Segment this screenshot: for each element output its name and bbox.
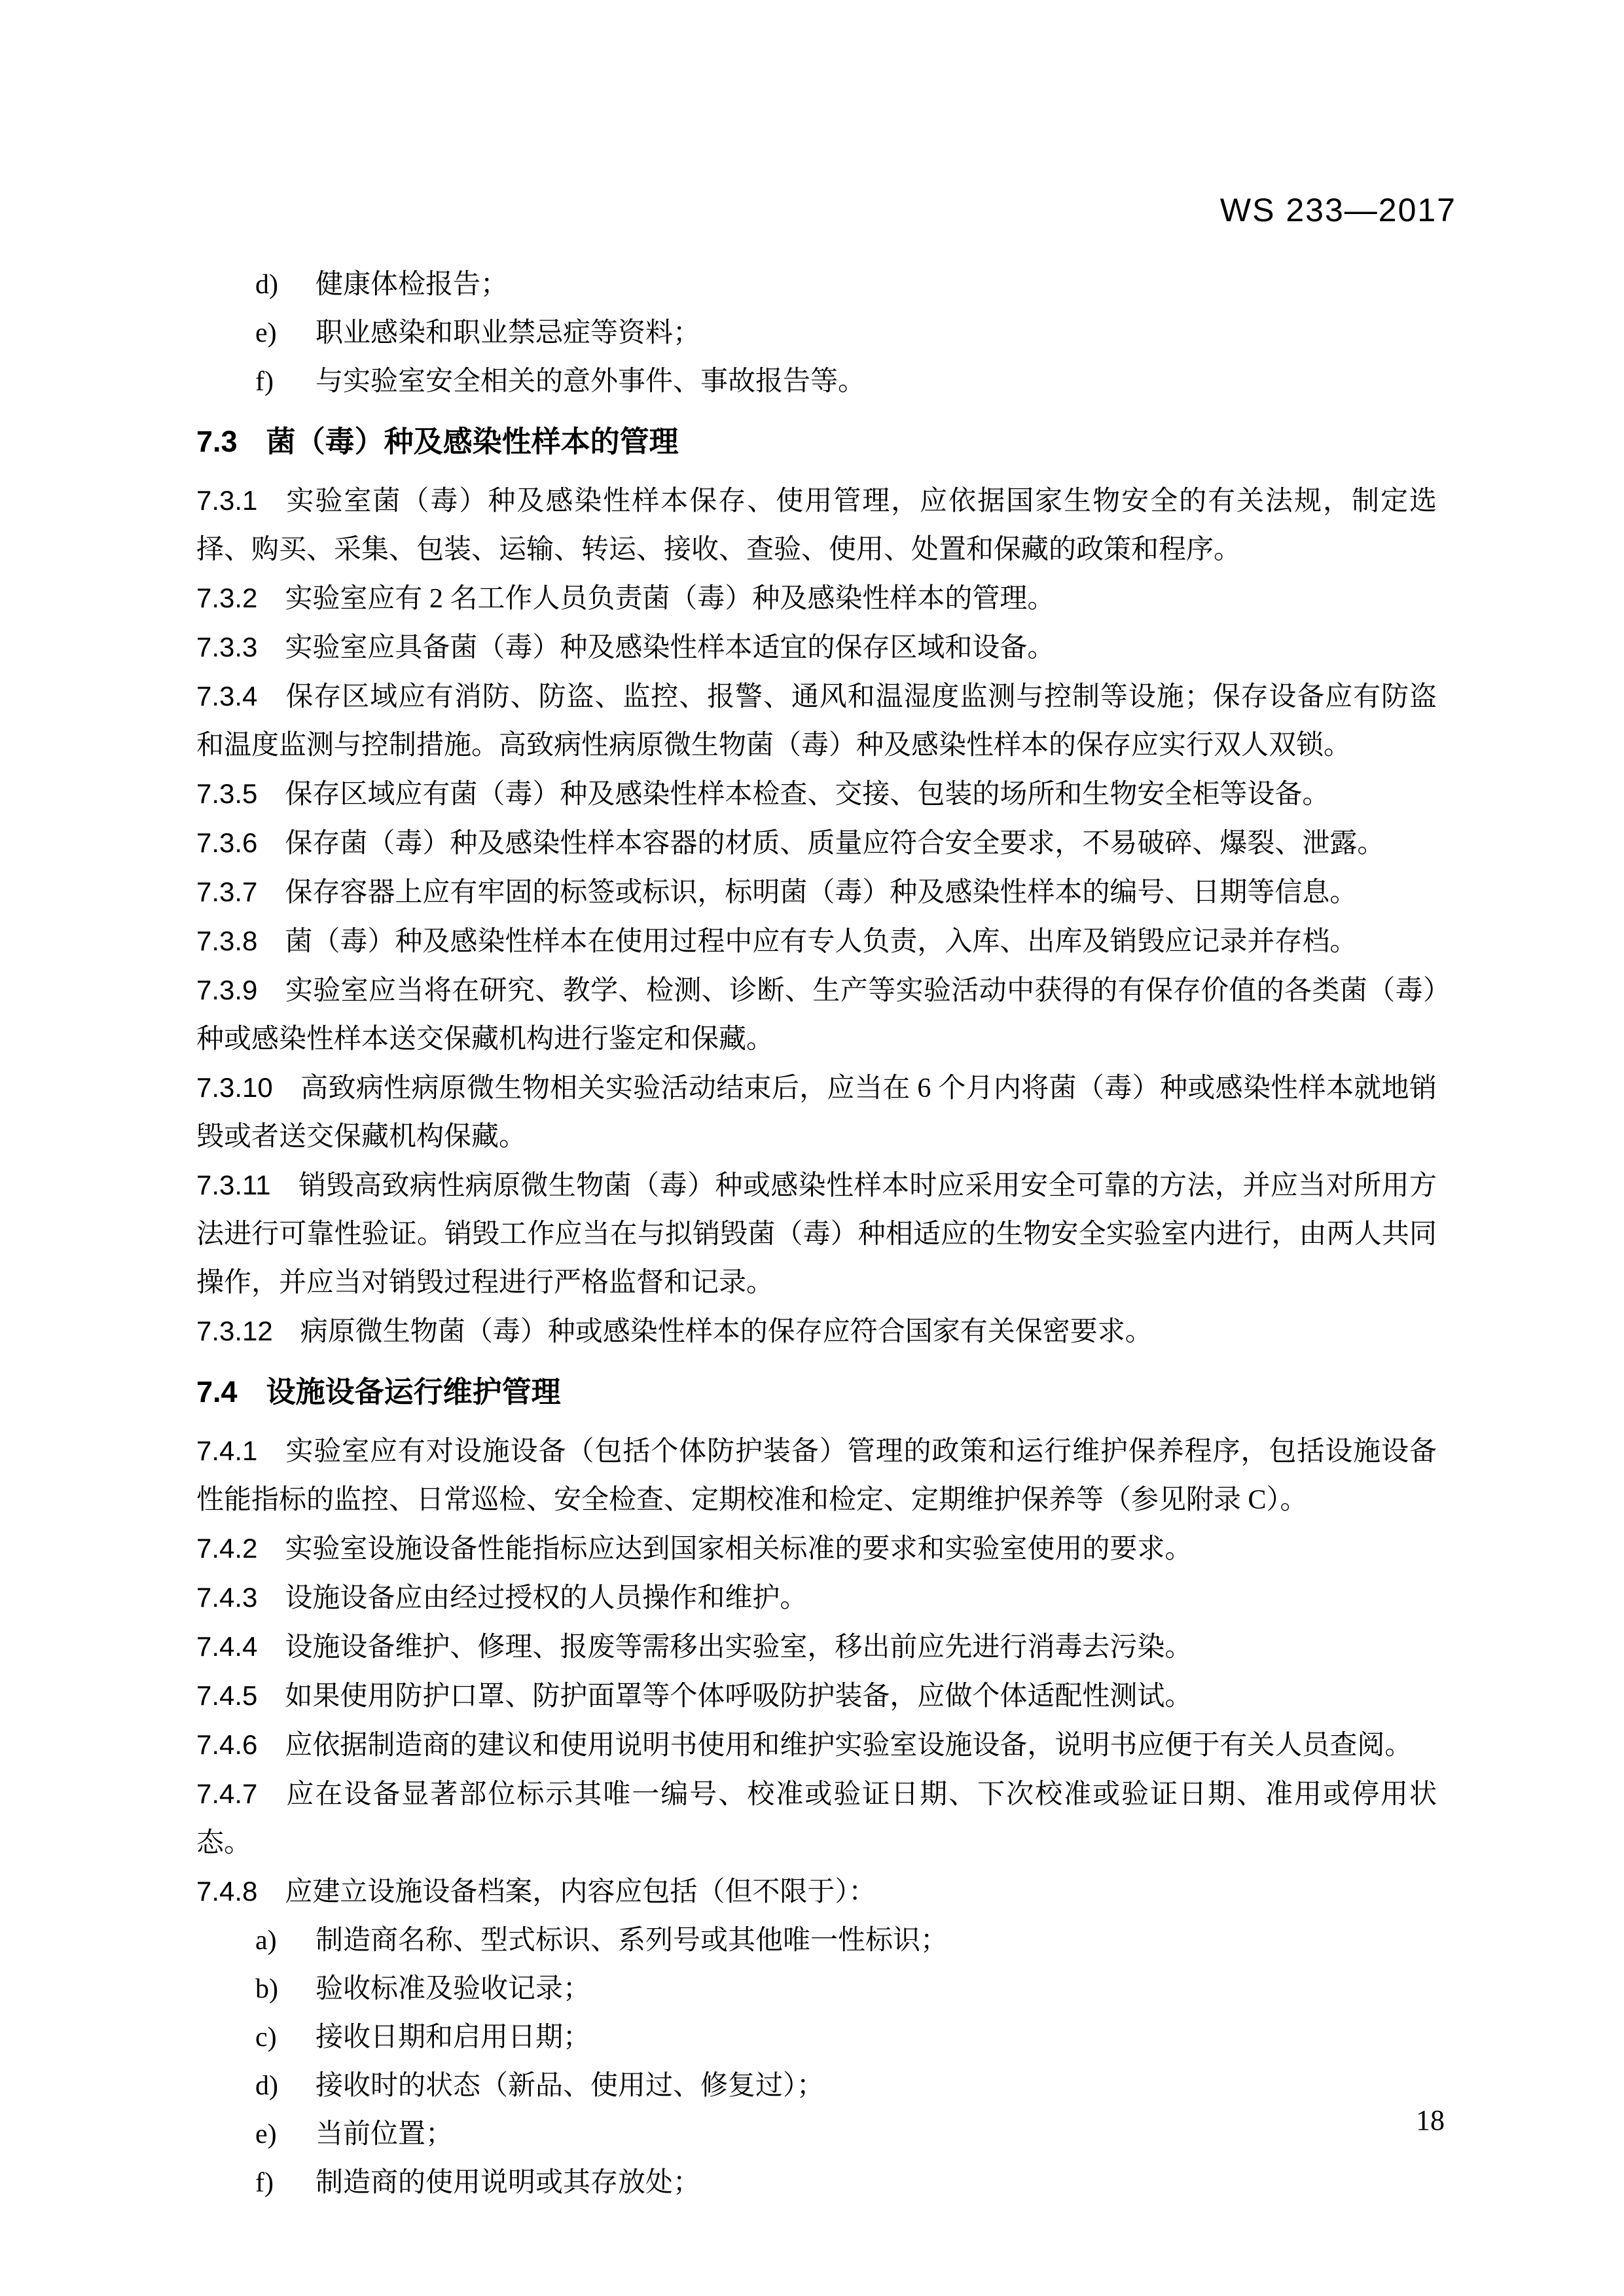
list-item-d2: d)接收时的状态（新品、使用过、修复过）； (255, 2062, 1437, 2110)
clause-number: 7.4.7 (196, 1778, 257, 1809)
clause-number: 7.4.5 (196, 1680, 257, 1711)
clause-7-4-4: 7.4.4设施设备维护、修理、报废等需移出实验室，移出前应先进行消毒去污染。 (196, 1623, 1437, 1672)
clause-text: 如果使用防护口罩、防护面罩等个体呼吸防护装备，应做个体适配性测试。 (285, 1681, 1192, 1712)
clause-number: 7.3.1 (196, 485, 257, 516)
list-item-text: 制造商的使用说明或其存放处； (316, 2168, 700, 2198)
clause-text: 销毁高致病性病原微生物菌（毒）种或感染性样本时应采用安全可靠的方法，并应当对所用… (196, 1171, 1437, 1298)
clause-number: 7.3.8 (196, 925, 257, 956)
list-item-text: 验收标准及验收记录； (316, 1974, 590, 2004)
clause-text: 保存菌（毒）种及感染性样本容器的材质、质量应符合安全要求，不易破碎、爆裂、泄露。 (285, 829, 1384, 859)
clause-number: 7.4.6 (196, 1729, 257, 1760)
clause-7-4-6: 7.4.6应依据制造商的建议和使用说明书使用和维护实验室设施设备，说明书应便于有… (196, 1721, 1437, 1770)
list-item-label: b) (255, 1965, 316, 2013)
clause-text: 设施设备应由经过授权的人员操作和维护。 (285, 1583, 807, 1613)
clause-text: 高致病性病原微生物相关实验活动结束后，应当在 6 个月内将菌（毒）种或感染性样本… (196, 1073, 1437, 1152)
list-item-text: 接收时的状态（新品、使用过、修复过）； (316, 2071, 824, 2101)
section-number: 7.3 (196, 425, 238, 458)
clause-text: 设施设备维护、修理、报废等需移出实验室，移出前应先进行消毒去污染。 (285, 1632, 1192, 1662)
section-title: 设施设备运行维护管理 (266, 1375, 561, 1408)
clause-7-3-10: 7.3.10高致病性病原微生物相关实验活动结束后，应当在 6 个月内将菌（毒）种… (196, 1064, 1437, 1161)
clause-text: 应建立设施设备档案，内容应包括（但不限于）： (285, 1877, 876, 1907)
clause-number: 7.3.5 (196, 778, 257, 809)
list-item-label: a) (255, 1916, 316, 1965)
clause-number: 7.3.7 (196, 876, 257, 907)
clause-7-4-8: 7.4.8应建立设施设备档案，内容应包括（但不限于）： (196, 1867, 1437, 1916)
clause-text: 保存区域应有菌（毒）种及感染性样本检查、交接、包装的场所和生物安全柜等设备。 (285, 780, 1329, 810)
clause-number: 7.4.4 (196, 1631, 257, 1662)
clause-number: 7.3.6 (196, 827, 257, 858)
list-item-text: 当前位置； (316, 2119, 453, 2149)
clause-7-4-7: 7.4.7应在设备显著部位标示其唯一编号、校准或验证日期、下次校准或验证日期、准… (196, 1770, 1437, 1867)
clause-7-3-5: 7.3.5保存区域应有菌（毒）种及感染性样本检查、交接、包装的场所和生物安全柜等… (196, 770, 1437, 819)
list-item-label: e) (255, 2110, 316, 2159)
document-page: WS 233—2017 d)健康体检报告； e)职业感染和职业禁忌症等资料； f… (0, 0, 1624, 2296)
list-item-label: e) (255, 309, 316, 357)
clause-number: 7.3.10 (196, 1072, 273, 1103)
list-item-label: c) (255, 2013, 316, 2062)
list-item-text: 职业感染和职业禁忌症等资料； (316, 318, 700, 348)
clause-text: 实验室应当将在研究、教学、检测、诊断、生产等实验活动中获得的有保存价值的各类菌（… (196, 976, 1437, 1054)
clause-text: 应依据制造商的建议和使用说明书使用和维护实验室设施设备，说明书应便于有关人员查阅… (285, 1731, 1412, 1761)
clause-text: 保存区域应有消防、防盗、监控、报警、通风和温湿度监测与控制等设施；保存设备应有防… (196, 682, 1437, 761)
clause-7-3-3: 7.3.3实验室应具备菌（毒）种及感染性样本适宜的保存区域和设备。 (196, 623, 1437, 672)
list-item-e: e)职业感染和职业禁忌症等资料； (255, 309, 1437, 357)
clause-7-3-2: 7.3.2实验室应有 2 名工作人员负责菌（毒）种及感染性样本的管理。 (196, 574, 1437, 623)
clause-7-4-2: 7.4.2实验室设施设备性能指标应达到国家相关标准的要求和实验室使用的要求。 (196, 1524, 1437, 1573)
section-heading-7-4: 7.4设施设备运行维护管理 (196, 1368, 1437, 1416)
clause-7-3-6: 7.3.6保存菌（毒）种及感染性样本容器的材质、质量应符合安全要求，不易破碎、爆… (196, 819, 1437, 868)
document-content: d)健康体检报告； e)职业感染和职业禁忌症等资料； f)与实验室安全相关的意外… (196, 260, 1437, 2207)
section-number: 7.4 (196, 1375, 238, 1408)
clause-text: 实验室应具备菌（毒）种及感染性样本适宜的保存区域和设备。 (285, 633, 1055, 663)
list-item-text: 与实验室安全相关的意外事件、事故报告等。 (316, 367, 865, 397)
clause-7-3-11: 7.3.11销毁高致病性病原微生物菌（毒）种或感染性样本时应采用安全可靠的方法，… (196, 1161, 1437, 1307)
clause-7-4-1: 7.4.1实验室应有对设施设备（包括个体防护装备）管理的政策和运行维护保养程序，… (196, 1427, 1437, 1524)
clause-text: 菌（毒）种及感染性样本在使用过程中应有专人负责，入库、出库及销毁应记录并存档。 (285, 927, 1357, 957)
clause-number: 7.4.8 (196, 1876, 257, 1907)
list-item-b: b)验收标准及验收记录； (255, 1965, 1437, 2013)
section-title: 菌（毒）种及感染性样本的管理 (266, 425, 679, 458)
clause-number: 7.3.9 (196, 975, 257, 1005)
list-item-c: c)接收日期和启用日期； (255, 2013, 1437, 2062)
clause-number: 7.3.3 (196, 632, 257, 662)
list-item-text: 健康体检报告； (316, 270, 508, 300)
clause-number: 7.3.2 (196, 583, 257, 613)
list-item-label: d) (255, 260, 316, 309)
list-item-d: d)健康体检报告； (255, 260, 1437, 309)
list-item-label: f) (255, 357, 316, 406)
standard-number-header: WS 233—2017 (1220, 191, 1456, 229)
list-item-text: 接收日期和启用日期； (316, 2022, 590, 2053)
list-item-label: d) (255, 2062, 316, 2110)
clause-text: 实验室应有 2 名工作人员负责菌（毒）种及感染性样本的管理。 (285, 584, 1055, 614)
list-item-text: 制造商名称、型式标识、系列号或其他唯一性标识； (316, 1926, 948, 1956)
clause-text: 病原微生物菌（毒）种或感染性样本的保存应符合国家有关保密要求。 (300, 1317, 1153, 1347)
list-item-label: f) (255, 2159, 316, 2207)
clause-text: 实验室菌（毒）种及感染性样本保存、使用管理，应依据国家生物安全的有关法规，制定选… (196, 486, 1437, 565)
section-heading-7-3: 7.3菌（毒）种及感染性样本的管理 (196, 418, 1437, 466)
list-item-e2: e)当前位置； (255, 2110, 1437, 2159)
clause-number: 7.4.1 (196, 1435, 257, 1466)
clause-7-3-4: 7.3.4保存区域应有消防、防盗、监控、报警、通风和温湿度监测与控制等设施；保存… (196, 672, 1437, 770)
clause-7-3-7: 7.3.7保存容器上应有牢固的标签或标识，标明菌（毒）种及感染性样本的编号、日期… (196, 868, 1437, 917)
list-item-f: f)与实验室安全相关的意外事件、事故报告等。 (255, 357, 1437, 406)
clause-number: 7.3.11 (196, 1170, 271, 1200)
clause-text: 应在设备显著部位标示其唯一编号、校准或验证日期、下次校准或验证日期、准用或停用状… (196, 1780, 1437, 1858)
clause-7-3-9: 7.3.9实验室应当将在研究、教学、检测、诊断、生产等实验活动中获得的有保存价值… (196, 966, 1437, 1064)
list-item-f2: f)制造商的使用说明或其存放处； (255, 2159, 1437, 2207)
clause-text: 保存容器上应有牢固的标签或标识，标明菌（毒）种及感染性样本的编号、日期等信息。 (285, 878, 1357, 908)
clause-number: 7.3.4 (196, 681, 257, 711)
clause-number: 7.4.3 (196, 1582, 257, 1613)
clause-7-3-12: 7.3.12病原微生物菌（毒）种或感染性样本的保存应符合国家有关保密要求。 (196, 1307, 1437, 1356)
clause-7-3-1: 7.3.1实验室菌（毒）种及感染性样本保存、使用管理，应依据国家生物安全的有关法… (196, 476, 1437, 574)
clause-text: 实验室应有对设施设备（包括个体防护装备）管理的政策和运行维护保养程序，包括设施设… (196, 1437, 1437, 1515)
clause-7-4-3: 7.4.3设施设备应由经过授权的人员操作和维护。 (196, 1573, 1437, 1623)
page-number: 18 (1416, 2104, 1445, 2137)
clause-number: 7.4.2 (196, 1533, 257, 1564)
clause-7-4-5: 7.4.5如果使用防护口罩、防护面罩等个体呼吸防护装备，应做个体适配性测试。 (196, 1672, 1437, 1721)
list-item-a: a)制造商名称、型式标识、系列号或其他唯一性标识； (255, 1916, 1437, 1965)
clause-number: 7.3.12 (196, 1316, 273, 1346)
clause-7-3-8: 7.3.8菌（毒）种及感染性样本在使用过程中应有专人负责，入库、出库及销毁应记录… (196, 917, 1437, 966)
clause-text: 实验室设施设备性能指标应达到国家相关标准的要求和实验室使用的要求。 (285, 1534, 1192, 1564)
